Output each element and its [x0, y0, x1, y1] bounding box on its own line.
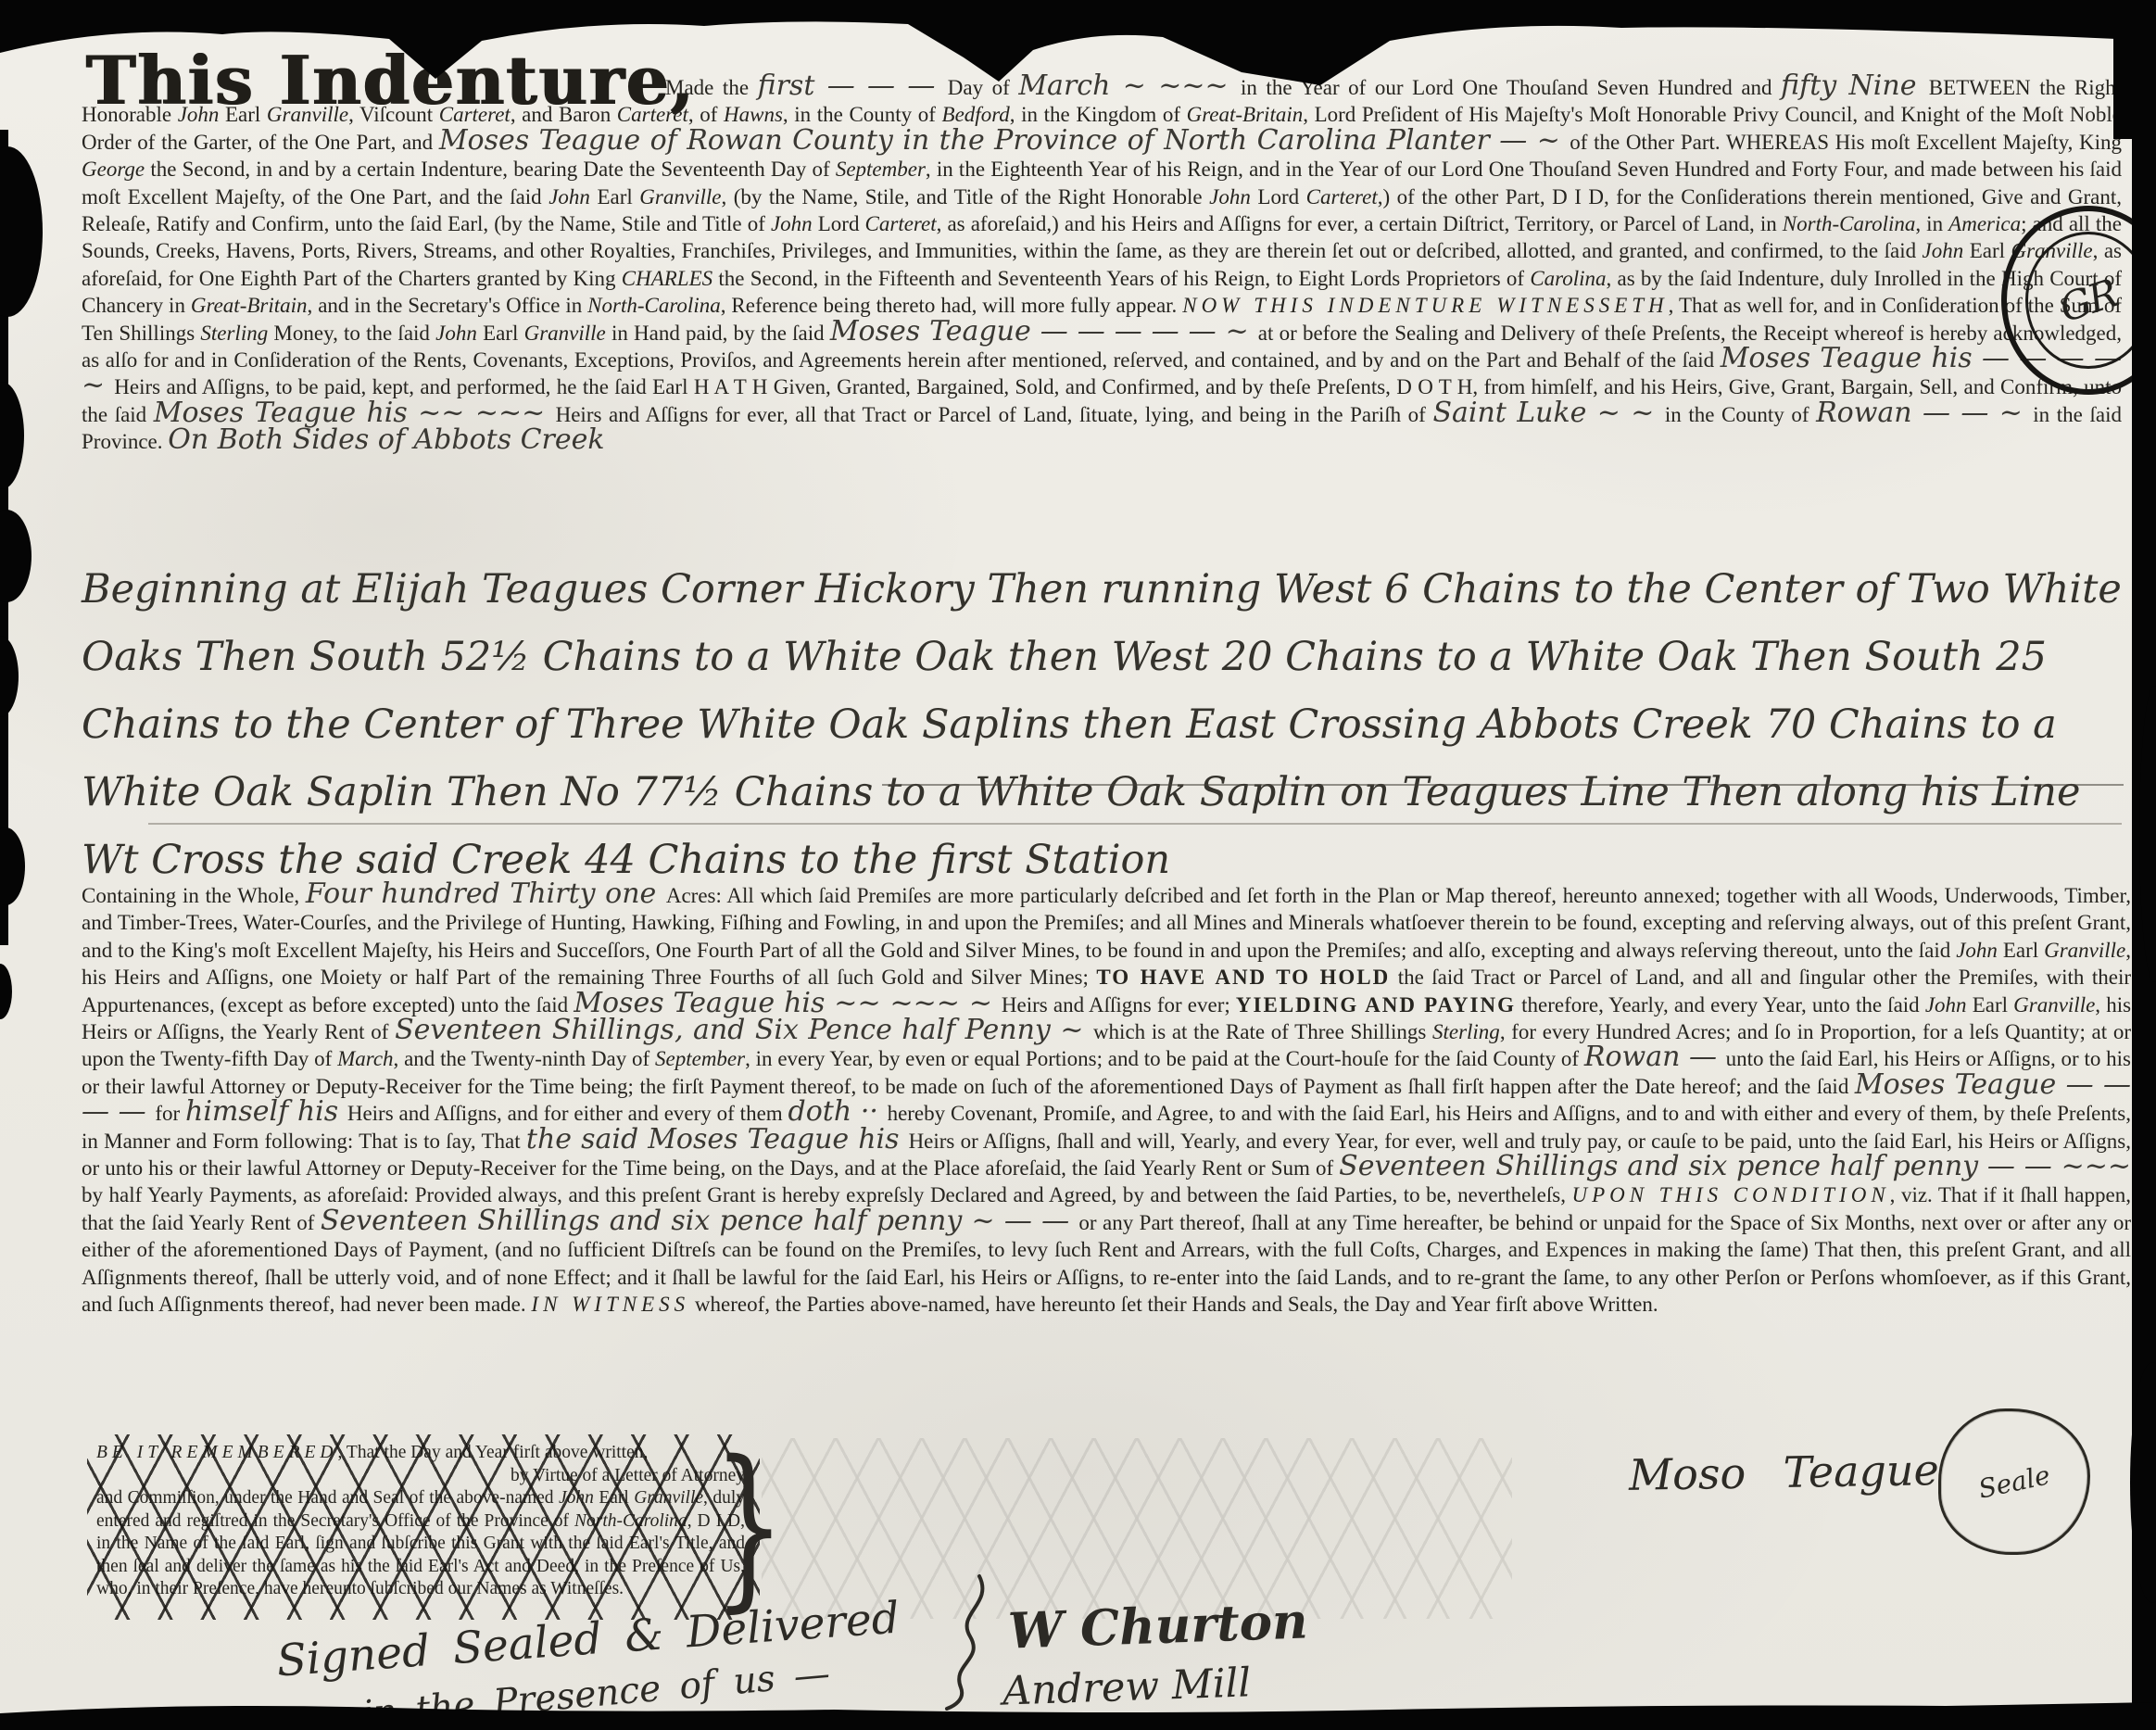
- text-segment: TO HAVE AND TO HOLD: [1096, 966, 1390, 989]
- text-segment: Four hundred Thirty one: [306, 878, 666, 910]
- text-segment: Granville: [524, 322, 606, 345]
- grantee-signature: Moso Teague: [1629, 1445, 1940, 1500]
- text-segment: Granville: [267, 103, 348, 126]
- metes-and-bounds: Beginning at Elijah Teagues Corner Hicko…: [82, 556, 2131, 894]
- text-segment: Granville: [2044, 939, 2125, 962]
- text-segment: America: [1948, 212, 2021, 235]
- text-segment: John: [548, 185, 590, 208]
- text-segment: Seventeen Shillings, and Six Pence half …: [395, 1014, 1093, 1046]
- text-segment: Earl: [1967, 993, 2014, 1017]
- text-segment: Made the: [665, 76, 758, 99]
- text-segment: , That the Day and Year firſt above writ…: [338, 1443, 649, 1462]
- wax-seal-icon: Seale: [1938, 1408, 2090, 1555]
- text-segment: , of: [688, 103, 724, 126]
- text-segment: John: [1923, 239, 1964, 262]
- text-segment: Lord: [1251, 185, 1306, 208]
- text-segment: Great-Britain: [1187, 103, 1304, 126]
- text-segment: BE IT REMEMBERED: [96, 1443, 338, 1462]
- text-segment: John: [771, 212, 813, 235]
- text-segment: by half Yearly Payments, as aforeſaid: P…: [82, 1183, 1572, 1206]
- text-segment: John: [435, 322, 477, 345]
- text-segment: Earl: [1963, 239, 2011, 262]
- text-segment: Moses Teague of Rowan County in the Prov…: [439, 124, 1570, 157]
- text-segment: Earl: [219, 103, 267, 126]
- text-segment: , Reference being thereto had, will more…: [721, 294, 1183, 317]
- text-segment: CHARLES: [622, 267, 712, 290]
- text-segment: Beginning at Elijah Teagues Corner Hicko…: [82, 566, 2122, 883]
- text-segment: Great-Britain: [191, 294, 308, 317]
- text-segment: , as aforeſaid,) and his Heirs and Aſſig…: [937, 212, 1783, 235]
- text-segment: of the Other Part. WHEREAS His moſt Exce…: [1570, 131, 2122, 154]
- text-segment: , Viſcount: [348, 103, 439, 126]
- text-segment: UPON THIS CONDITION: [1572, 1183, 1890, 1206]
- text-segment: Heirs and Aſſigns, and for either and ev…: [347, 1102, 788, 1125]
- opening-paragraph: Made the first — — — Day of March ~ ~~~ …: [82, 74, 2122, 456]
- text-segment: Sterling: [200, 322, 268, 345]
- text-segment: September: [655, 1047, 745, 1070]
- attestation-block: BE IT REMEMBERED, That the Day and Year …: [96, 1442, 745, 1601]
- text-segment: Carteret: [439, 103, 511, 126]
- text-segment: , and in the Secretary's Office in: [308, 294, 588, 317]
- text-segment: , and the Twenty-ninth Day of: [394, 1047, 655, 1070]
- habendum-paragraph: Containing in the Whole, Four hundred Th…: [82, 882, 2131, 1319]
- text-segment: Saint Luke ~ ~: [1432, 397, 1664, 429]
- text-segment: John: [1925, 993, 1967, 1017]
- text-segment: North-Carolina: [1783, 212, 1916, 235]
- text-segment: fifty Nine: [1781, 69, 1929, 102]
- text-segment: Carteret: [865, 212, 937, 235]
- text-segment: in Hand paid, by the ſaid: [606, 322, 830, 345]
- text-segment: Heirs and Aſſigns for ever, all that Tra…: [556, 403, 1433, 426]
- text-segment: Granville: [639, 185, 721, 208]
- text-segment: Bedford: [942, 103, 1010, 126]
- witness-signature-2: Andrew Mill: [1002, 1660, 1252, 1714]
- text-segment: Day of: [948, 76, 1019, 99]
- text-segment: the Second, in the Fifteenth and Sevente…: [712, 267, 1530, 290]
- text-segment: first — — —: [758, 69, 948, 102]
- text-segment: September: [836, 158, 926, 181]
- text-segment: and Commiſſion, under the Hand and Seal …: [96, 1488, 559, 1508]
- text-segment: Heirs and Aſſigns for ever;: [1002, 993, 1236, 1017]
- seal-label: Seale: [1975, 1459, 2052, 1504]
- text-segment: Containing in the Whole,: [82, 884, 306, 907]
- text-segment: Earl: [590, 185, 639, 208]
- text-segment: Earl: [1998, 939, 2044, 962]
- stamp-inner-ring: GR: [2025, 232, 2151, 369]
- text-segment: John: [1956, 939, 1998, 962]
- witness-signature-1: W Churton: [1007, 1592, 1308, 1660]
- text-segment: Rowan — — ~: [1816, 397, 2033, 429]
- text-segment: NOW THIS INDENTURE WITNESSETH: [1182, 294, 1668, 317]
- curly-brace: }: [712, 1438, 786, 1614]
- text-segment: the Second, in and by a certain Indentur…: [145, 158, 836, 181]
- text-segment: Earl: [477, 322, 524, 345]
- pen-flourish-icon: [928, 1572, 1002, 1715]
- text-segment: Hawns: [724, 103, 783, 126]
- text-segment: Sterling: [1432, 1020, 1500, 1043]
- ruled-line: [148, 823, 2122, 825]
- attestation-body: and Commiſſion, under the Hand and Seal …: [96, 1487, 745, 1601]
- text-segment: John: [1209, 185, 1251, 208]
- text-segment: Lord: [813, 212, 865, 235]
- text-segment: Carolina: [1530, 267, 1606, 290]
- text-segment: North-Carolina: [587, 294, 721, 317]
- text-segment: Carteret: [1306, 185, 1378, 208]
- text-segment: the said Moses Teague his: [526, 1123, 909, 1155]
- text-segment: which is at the Rate of Three Shillings: [1093, 1020, 1432, 1043]
- text-segment: IN WITNESS: [531, 1293, 689, 1316]
- text-segment: therefore, Yearly, and every Year, unto …: [1516, 993, 1925, 1017]
- ruled-line: [882, 784, 2124, 786]
- text-segment: YIELDING AND PAYING: [1236, 993, 1516, 1017]
- text-segment: Seventeen Shillings and six pence half p…: [1339, 1150, 2131, 1182]
- text-segment: John: [559, 1488, 594, 1508]
- stamp-monogram: GR: [2054, 270, 2122, 331]
- text-segment: Granville: [634, 1488, 703, 1508]
- text-segment: Granville: [2013, 993, 2095, 1017]
- text-segment: , (by the Name, Stile, and Title of the …: [721, 185, 1209, 208]
- text-segment: On Both Sides of Abbots Creek: [168, 423, 604, 456]
- text-segment: , in the County of: [783, 103, 942, 126]
- text-segment: Rowan —: [1584, 1041, 1726, 1073]
- text-segment: , in every Year, by even or equal Portio…: [745, 1047, 1584, 1070]
- text-segment: , in the Kingdom of: [1010, 103, 1187, 126]
- text-segment: in the Year of our Lord One Thouſand Sev…: [1241, 76, 1781, 99]
- text-segment: whereof, the Parties above-named, have h…: [689, 1293, 1658, 1316]
- text-segment: , in: [1915, 212, 1948, 235]
- text-segment: Seventeen Shillings and six pence half p…: [321, 1205, 1079, 1237]
- text-segment: himself his: [185, 1095, 347, 1128]
- text-segment: , and Baron: [511, 103, 617, 126]
- text-segment: for: [155, 1102, 185, 1125]
- text-segment: March ~ ~~~: [1018, 69, 1241, 102]
- text-segment: George: [82, 158, 145, 181]
- text-segment: Carteret: [617, 103, 688, 126]
- text-segment: in the County of: [1665, 403, 1816, 426]
- text-segment: Earl: [594, 1488, 634, 1508]
- text-segment: March: [337, 1047, 393, 1070]
- text-segment: North-Carolina: [574, 1511, 687, 1531]
- text-segment: John: [178, 103, 220, 126]
- scanned-deed-page: This Indenture, Made the first — — — Day…: [0, 0, 2156, 1730]
- text-segment: Money, to the ſaid: [268, 322, 435, 345]
- attestation-line1: BE IT REMEMBERED, That the Day and Year …: [96, 1442, 745, 1465]
- text-segment: Moses Teague — — — — — ~: [830, 315, 1258, 347]
- attestation-line2: by Virtue of a Letter of Attorney: [96, 1465, 745, 1488]
